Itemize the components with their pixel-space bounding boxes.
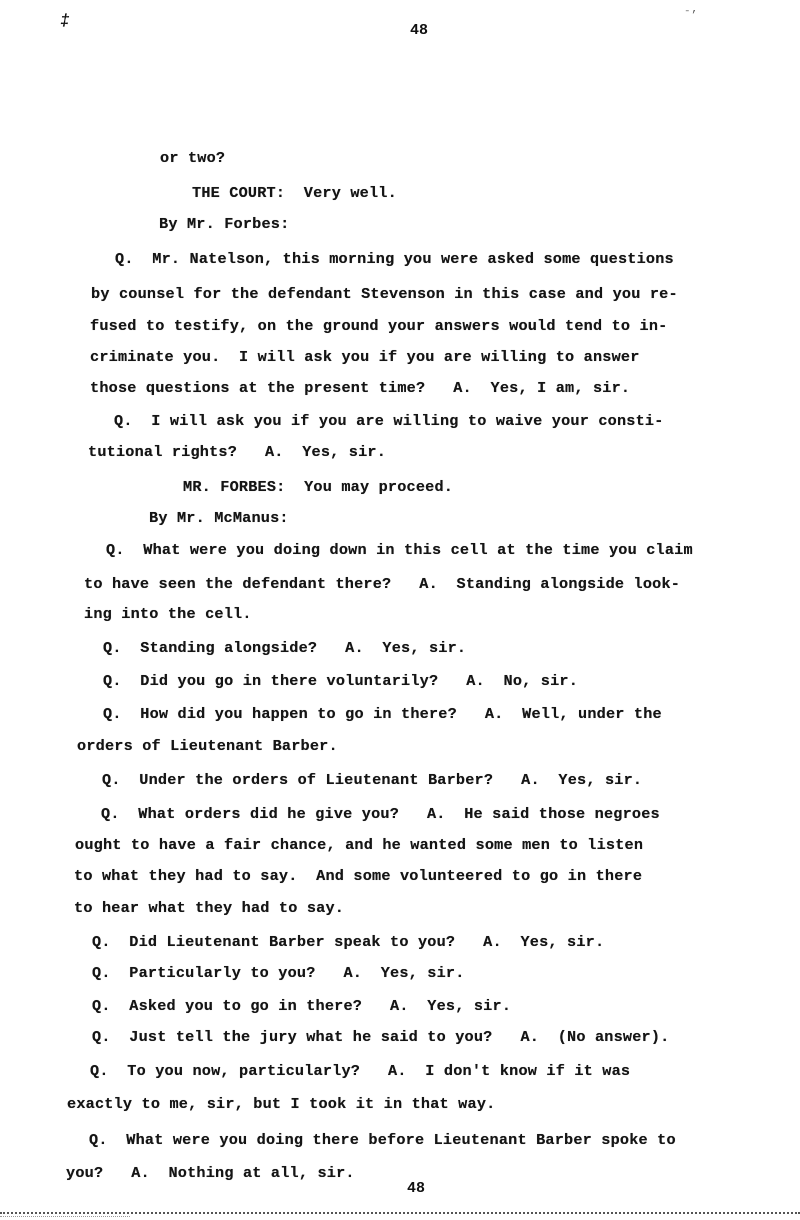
transcript-line: fused to testify, on the ground your ans… bbox=[90, 317, 667, 335]
transcript-line: or two? bbox=[160, 149, 225, 167]
transcript-line: to have seen the defendant there? A. Sta… bbox=[84, 575, 680, 593]
question-line: Q. Just tell the jury what he said to yo… bbox=[92, 1028, 669, 1046]
transcript-line: ought to have a fair chance, and he want… bbox=[75, 836, 643, 854]
question-line: Q. To you now, particularly? A. I don't … bbox=[90, 1062, 630, 1080]
examiner-heading: By Mr. Forbes: bbox=[159, 215, 289, 233]
question-line: Q. Did you go in there voluntarily? A. N… bbox=[103, 672, 578, 690]
speaker-line: THE COURT: Very well. bbox=[192, 184, 397, 202]
corner-mark-left: ‡ bbox=[58, 12, 71, 30]
page-number-top: 48 bbox=[410, 22, 428, 39]
question-line: Q. What orders did he give you? A. He sa… bbox=[101, 805, 660, 823]
transcript-page: ‡ ˉ’ 48 or two? THE COURT: Very well. By… bbox=[0, 0, 800, 1220]
transcript-line: those questions at the present time? A. … bbox=[90, 379, 630, 397]
page-bottom-edge-shadow bbox=[0, 1216, 130, 1217]
transcript-line: tutional rights? A. Yes, sir. bbox=[88, 443, 386, 461]
speaker-line: MR. FORBES: You may proceed. bbox=[183, 478, 453, 496]
question-line: Q. What were you doing there before Lieu… bbox=[89, 1131, 676, 1149]
examiner-heading: By Mr. McManus: bbox=[149, 509, 289, 527]
transcript-line: you? A. Nothing at all, sir. bbox=[66, 1164, 355, 1182]
question-line: Q. I will ask you if you are willing to … bbox=[114, 412, 664, 430]
transcript-line: exactly to me, sir, but I took it in tha… bbox=[67, 1095, 495, 1113]
transcript-line: orders of Lieutenant Barber. bbox=[77, 737, 338, 755]
question-line: Q. Mr. Natelson, this morning you were a… bbox=[115, 250, 674, 268]
transcript-line: by counsel for the defendant Stevenson i… bbox=[91, 285, 678, 303]
transcript-line: criminate you. I will ask you if you are… bbox=[90, 348, 640, 366]
question-line: Q. What were you doing down in this cell… bbox=[106, 541, 693, 559]
question-line: Q. Asked you to go in there? A. Yes, sir… bbox=[92, 997, 511, 1015]
corner-mark-right: ˉ’ bbox=[684, 10, 697, 22]
transcript-line: to what they had to say. And some volunt… bbox=[74, 867, 642, 885]
question-line: Q. Standing alongside? A. Yes, sir. bbox=[103, 639, 466, 657]
transcript-line: ing into the cell. bbox=[84, 605, 252, 623]
question-line: Q. How did you happen to go in there? A.… bbox=[103, 705, 662, 723]
question-line: Q. Under the orders of Lieutenant Barber… bbox=[102, 771, 642, 789]
question-line: Q. Did Lieutenant Barber speak to you? A… bbox=[92, 933, 604, 951]
question-line: Q. Particularly to you? A. Yes, sir. bbox=[92, 964, 465, 982]
page-bottom-edge bbox=[0, 1212, 800, 1214]
page-number-bottom: 48 bbox=[407, 1180, 425, 1197]
transcript-line: to hear what they had to say. bbox=[74, 899, 344, 917]
